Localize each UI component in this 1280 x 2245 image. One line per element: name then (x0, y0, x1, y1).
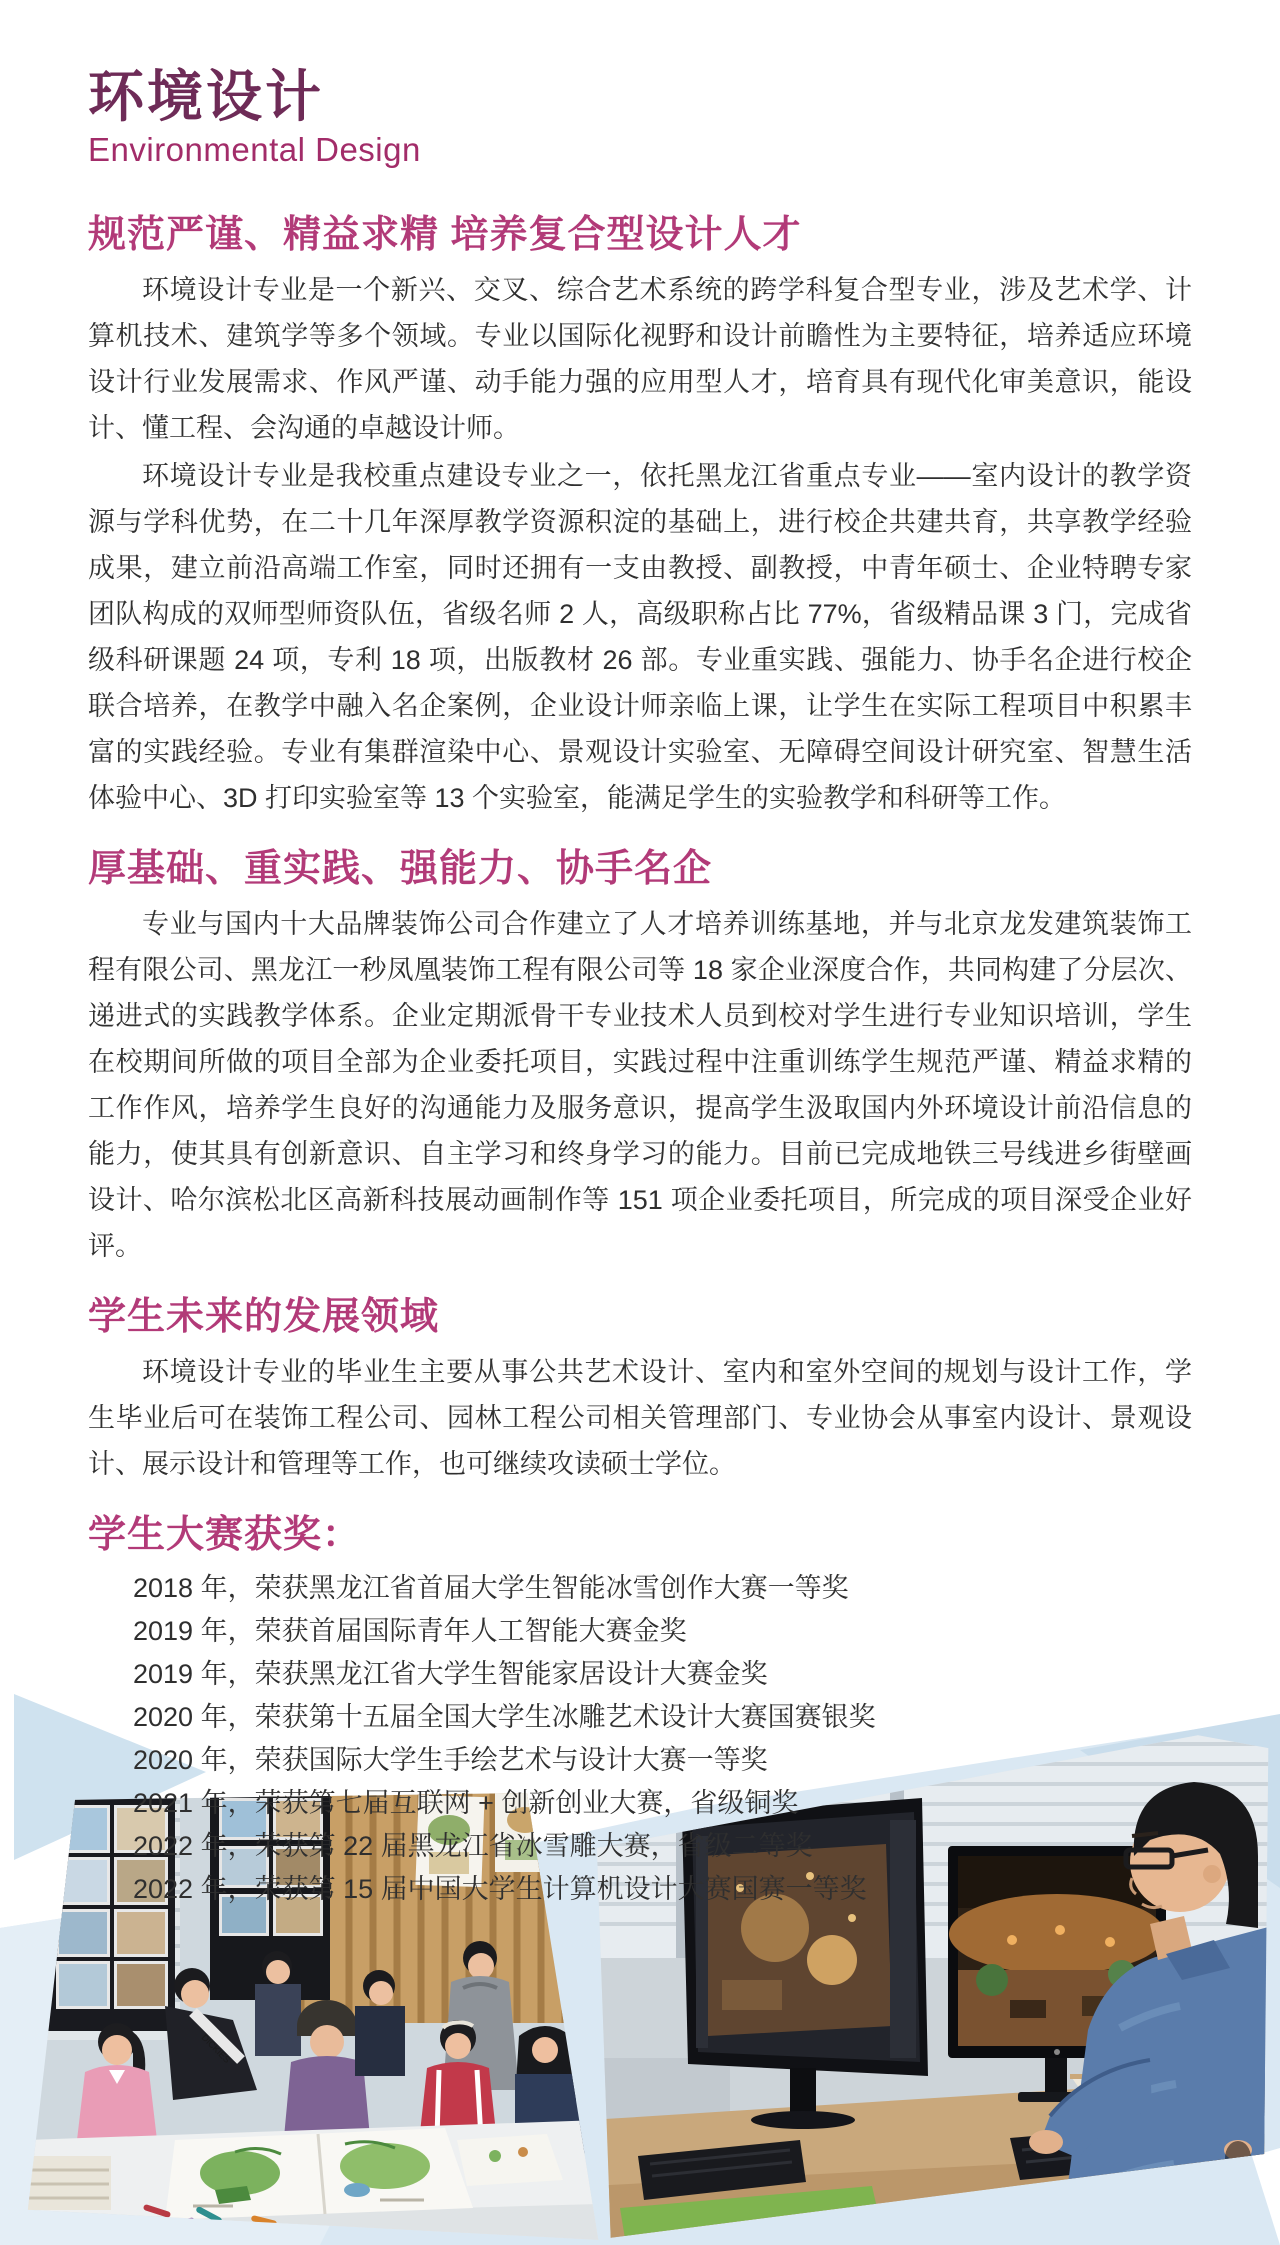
brochure-page: DICKIES (0, 0, 1280, 2245)
page-content: 环境设计 Environmental Design 规范严谨、精益求精 培养复合… (0, 0, 1280, 2245)
section-heading-1: 规范严谨、精益求精 培养复合型设计人才 (88, 213, 1192, 257)
award-item-2019-b: 2019 年，荣获黑龙江省大学生智能家居设计大赛金奖 (133, 1653, 1192, 1696)
award-item-2019-a: 2019 年，荣获首届国际青年人工智能大赛金奖 (133, 1610, 1192, 1653)
section-1-paragraph-2: 环境设计专业是我校重点建设专业之一，依托黑龙江省重点专业——室内设计的教学资源与… (88, 453, 1192, 821)
section-heading-3: 学生未来的发展领域 (88, 1295, 1192, 1339)
award-item-2018: 2018 年，荣获黑龙江省首届大学生智能冰雪创作大赛一等奖 (133, 1567, 1192, 1610)
section-heading-2: 厚基础、重实践、强能力、协手名企 (88, 847, 1192, 891)
award-item-2022-b: 2022 年，荣获第 15 届中国大学生计算机设计大赛国赛一等奖 (133, 1868, 1192, 1911)
award-item-2021: 2021 年，荣获第七届互联网 + 创新创业大赛，省级铜奖 (133, 1782, 1192, 1825)
section-2-paragraph-1: 专业与国内十大品牌装饰公司合作建立了人才培养训练基地，并与北京龙发建筑装饰工程有… (88, 901, 1192, 1269)
award-item-2020-b: 2020 年，荣获国际大学生手绘艺术与设计大赛一等奖 (133, 1739, 1192, 1782)
award-item-2020-a: 2020 年，荣获第十五届全国大学生冰雕艺术设计大赛国赛银奖 (133, 1696, 1192, 1739)
page-title-cn: 环境设计 (88, 66, 1192, 129)
page-title-en: Environmental Design (88, 131, 1192, 169)
section-3-paragraph-1: 环境设计专业的毕业生主要从事公共艺术设计、室内和室外空间的规划与设计工作，学生毕… (88, 1349, 1192, 1487)
section-heading-4: 学生大赛获奖： (88, 1513, 1192, 1557)
awards-list: 2018 年，荣获黑龙江省首届大学生智能冰雪创作大赛一等奖 2019 年，荣获首… (88, 1567, 1192, 1911)
section-1-paragraph-1: 环境设计专业是一个新兴、交叉、综合艺术系统的跨学科复合型专业，涉及艺术学、计算机… (88, 267, 1192, 451)
award-item-2022-a: 2022 年，荣获第 22 届黑龙江省冰雪雕大赛，省级二等奖 (133, 1825, 1192, 1868)
